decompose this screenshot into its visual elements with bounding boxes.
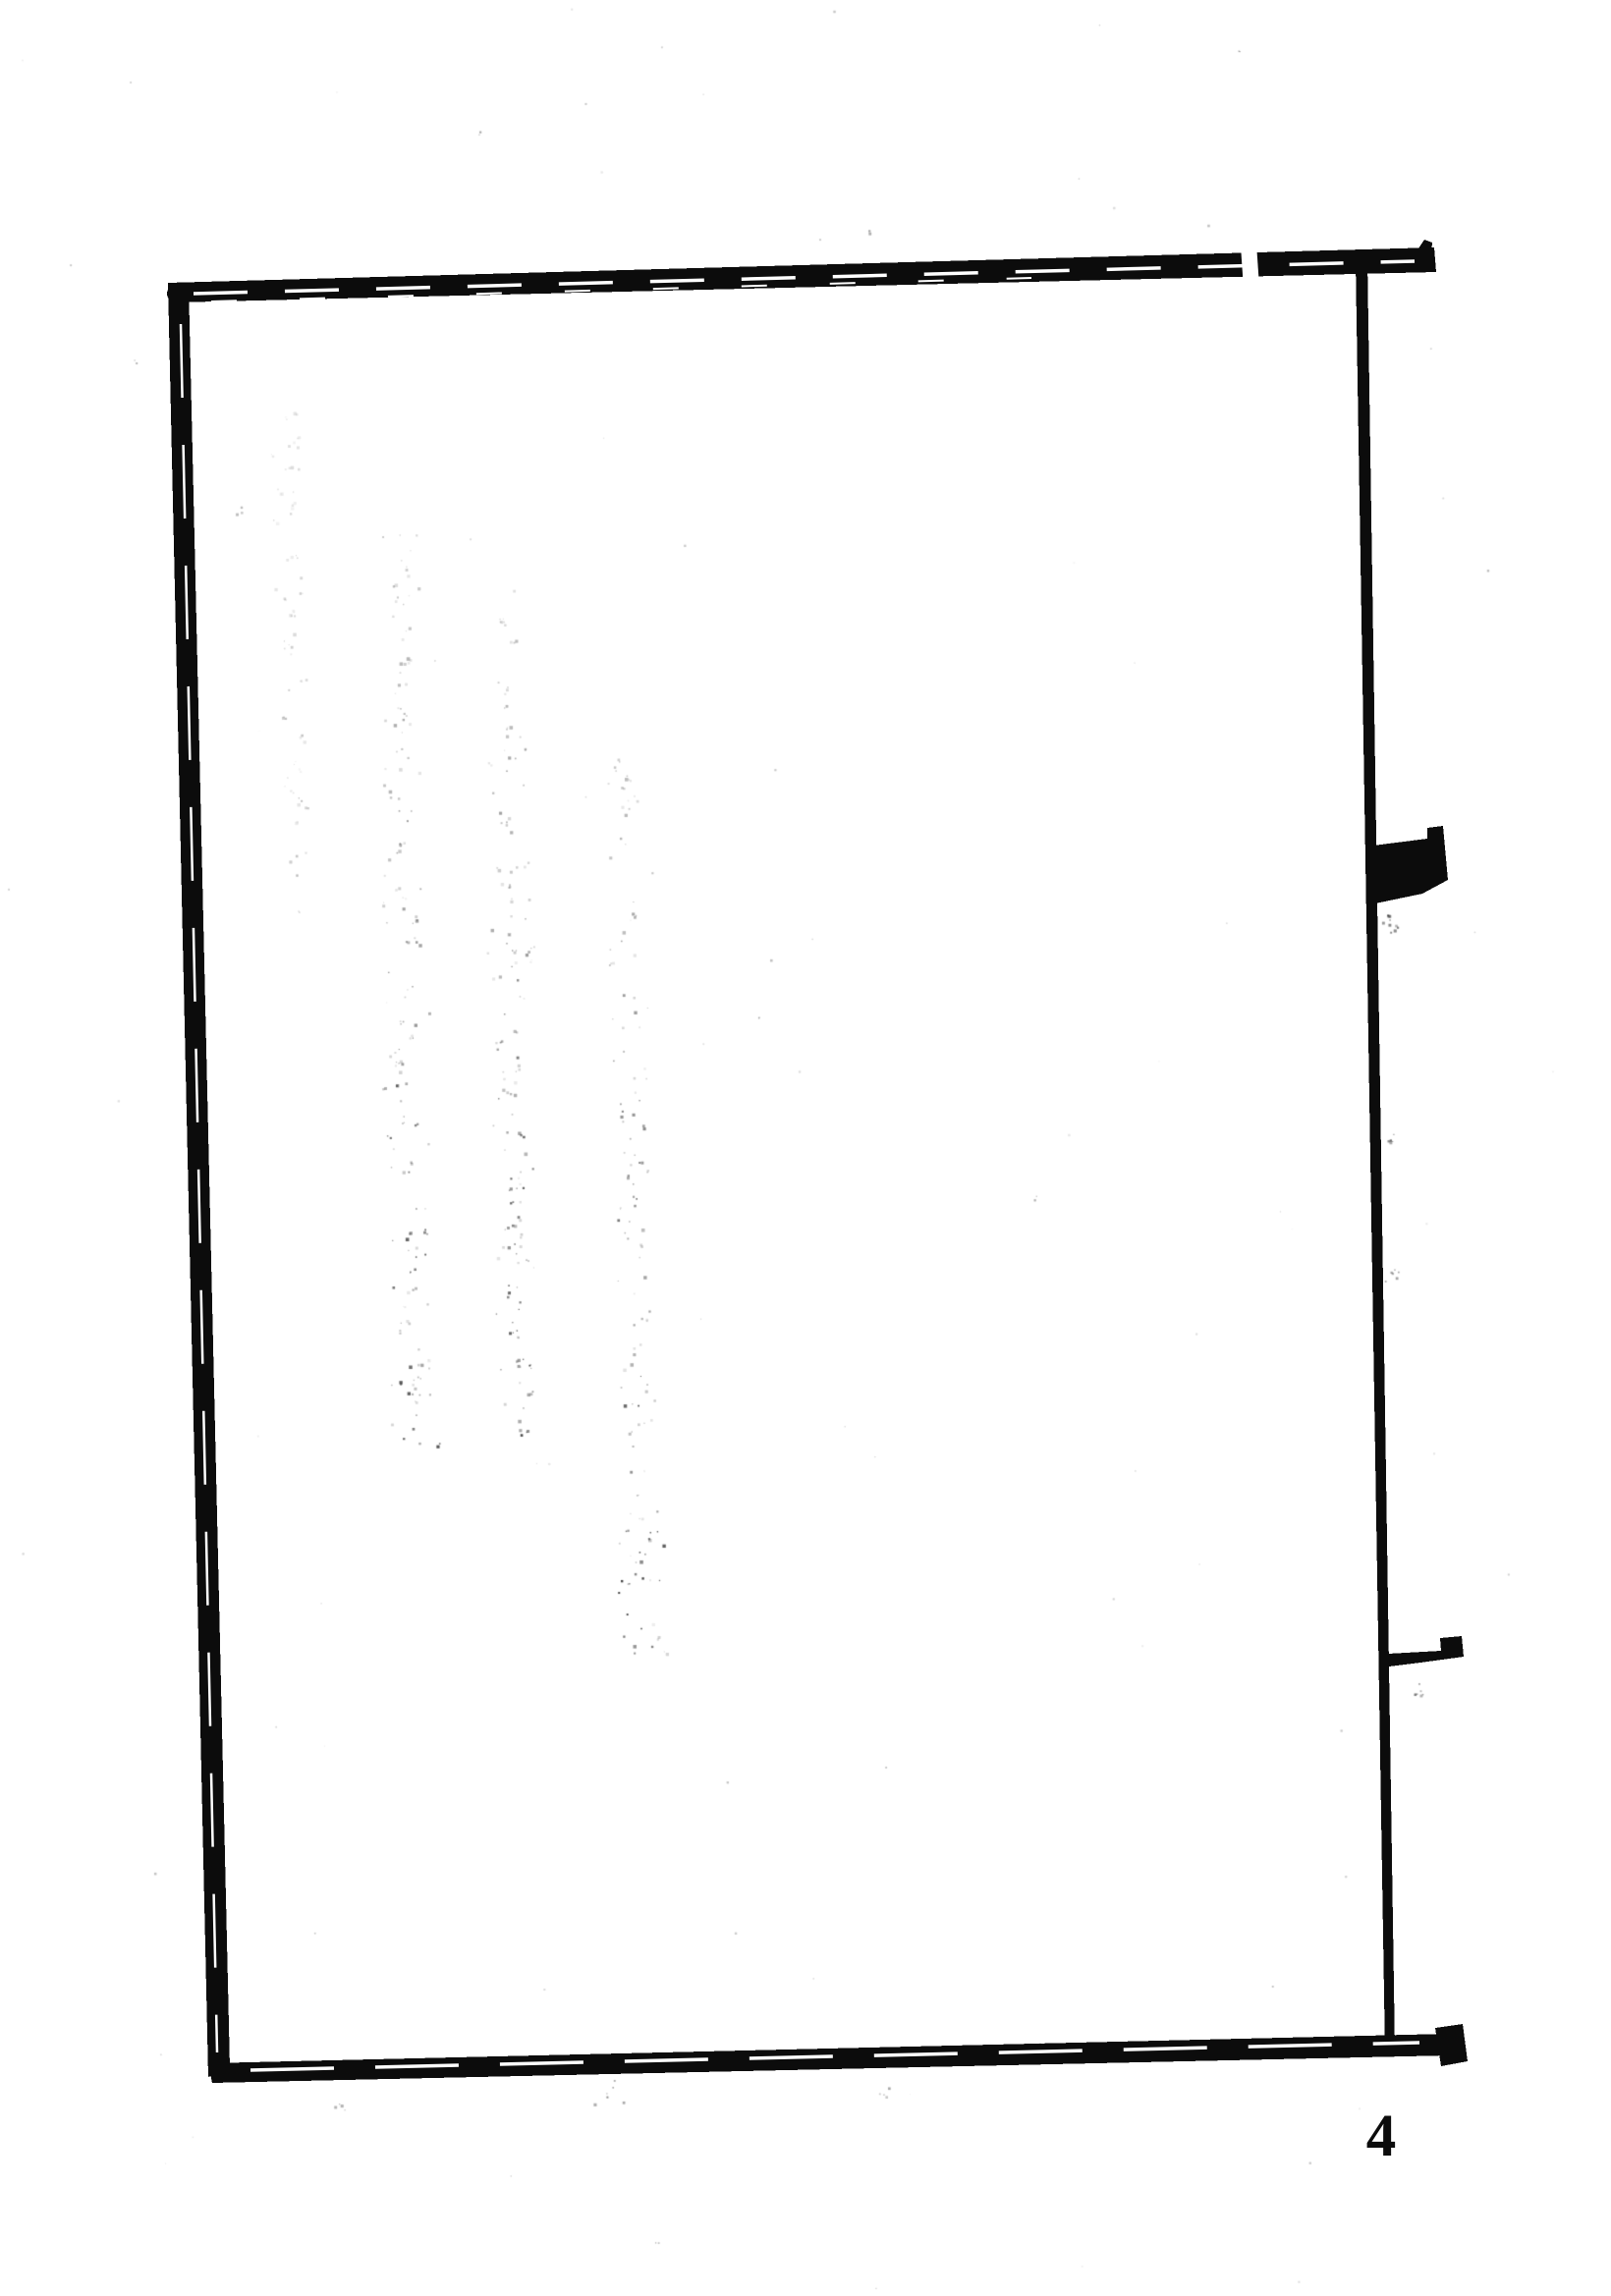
border-top-left-corner-blob xyxy=(167,284,191,303)
right-edge-dash-mark xyxy=(1388,1636,1464,1667)
page-border-frame xyxy=(0,0,1611,2296)
left-border-white-streak xyxy=(181,324,217,2052)
scanned-document-page: 4 xyxy=(0,0,1611,2296)
border-right-line xyxy=(1356,260,1395,2053)
border-bottom-right-blob xyxy=(1435,2024,1468,2066)
page-number: 4 xyxy=(1354,2103,1409,2171)
binder-tab-mark xyxy=(1373,826,1448,903)
border-top-right-hook xyxy=(1418,240,1432,267)
border-bottom-line xyxy=(208,2034,1450,2083)
top-border-gap xyxy=(1241,244,1259,289)
